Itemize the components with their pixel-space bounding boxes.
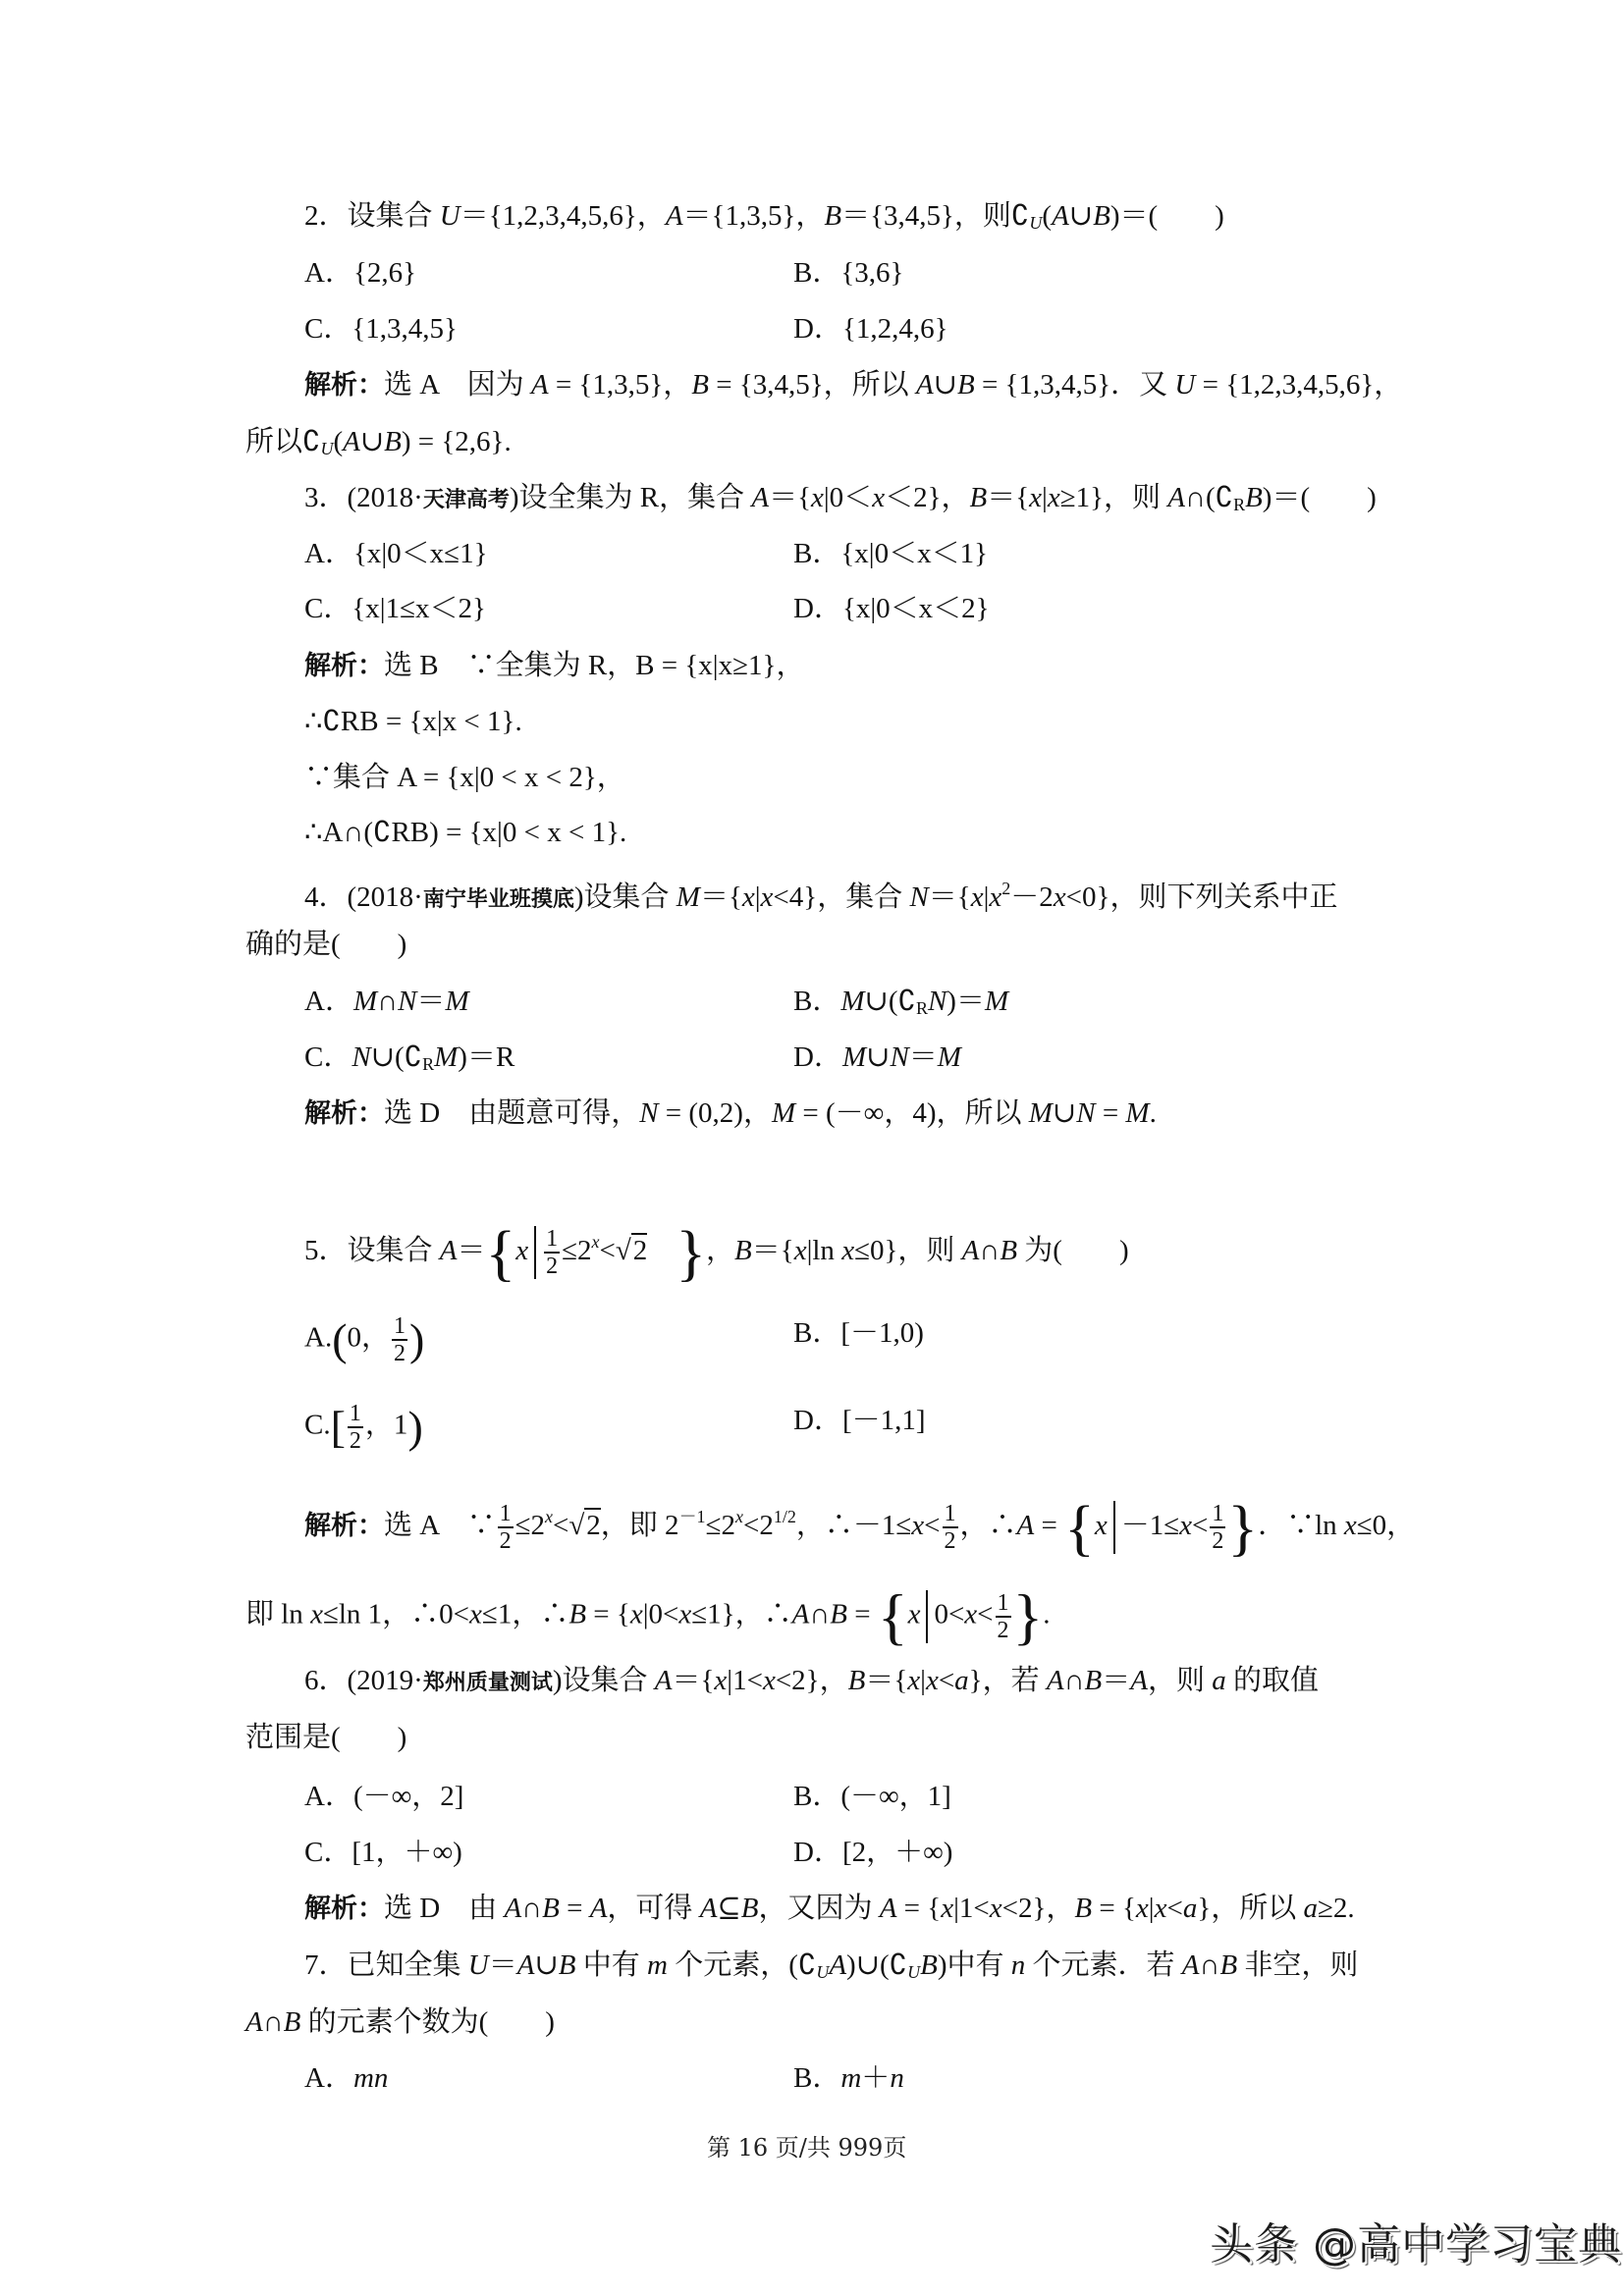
question-7-option-a: A．mn xyxy=(304,2058,388,2098)
question-3-stem: 3．(2018·天津高考)设全集为 R，集合 A＝{x|0＜x＜2}，B＝{x|… xyxy=(304,478,1377,517)
question-2-analysis: 解析：选 A 因为 A = {1,3,5}，B = {3,4,5}，所以 A∪B… xyxy=(304,365,1402,404)
question-3-analysis: 解析：选 B ∵全集为 R，B = {x|x≥1}， xyxy=(304,646,804,685)
analysis-label: 解析： xyxy=(304,651,384,681)
analysis-label: 解析： xyxy=(304,1894,384,1924)
question-2-analysis-cont: 所以∁U(A∪B) = {2,6}. xyxy=(245,422,512,461)
question-3-analysis-line-3: ∵集合 A = {x|0 < x < 2}， xyxy=(304,758,625,797)
question-4-option-c: C．N∪(∁RM)＝R xyxy=(304,1038,514,1077)
page-number: 第 16 页/共 999页 xyxy=(707,2128,906,2163)
question-6-option-b: B．(－∞，1] xyxy=(793,1777,951,1816)
question-3-option-c: C．{x|1≤x＜2} xyxy=(304,589,486,628)
question-6-stem-cont: 范围是( ) xyxy=(245,1718,406,1757)
question-7-option-b: B．m＋n xyxy=(793,2058,904,2098)
question-6-option-d: D．[2，＋∞) xyxy=(793,1833,952,1872)
question-4-option-b: B．M∪(∁RN)＝M xyxy=(793,982,1008,1021)
question-6-source: 郑州质量测试 xyxy=(423,1671,553,1695)
question-3-option-b: B．{x|0＜x＜1} xyxy=(793,534,988,573)
question-5-stem: 5．设集合 A＝{x12≤2x<√2 }，B＝{x|ln x≤0}，则 A∩B … xyxy=(304,1222,1129,1261)
question-4-option-d: D．M∪N＝M xyxy=(793,1038,961,1077)
question-7-stem: 7．已知全集 U＝A∪B 中有 m 个元素，(∁UA)∪(∁UB)中有 n 个元… xyxy=(304,1946,1358,1985)
question-4-source: 南宁毕业班摸底 xyxy=(423,887,574,912)
question-2-option-b: B．{3,6} xyxy=(793,253,903,293)
question-5-option-b: B．[－1,0) xyxy=(793,1313,924,1353)
question-6-option-c: C．[1，＋∞) xyxy=(304,1833,462,1872)
question-6-analysis: 解析：选 D 由 A∩B = A，可得 A⊆B，又因为 A = {x|1<x<2… xyxy=(304,1889,1355,1928)
question-7-stem-cont: A∩B 的元素个数为( ) xyxy=(245,2002,555,2042)
question-3-source: 天津高考 xyxy=(423,488,510,512)
question-2-option-c: C．{1,3,4,5} xyxy=(304,309,458,348)
question-4-stem: 4．(2018·南宁毕业班摸底)设集合 M＝{x|x<4}，集合 N＝{x|x2… xyxy=(304,869,1337,908)
question-5-option-a: A.(0，12) xyxy=(304,1313,424,1353)
question-6-stem: 6．(2019·郑州质量测试)设集合 A＝{x|1<x<2}，B＝{x|x<a}… xyxy=(304,1661,1319,1700)
question-5-option-c: C.[12，1) xyxy=(304,1401,423,1440)
question-3-analysis-line-4: ∴A∩(∁RB) = {x|0 < x < 1}. xyxy=(304,813,626,852)
question-2-option-d: D．{1,2,4,6} xyxy=(793,309,948,348)
question-5-analysis: 解析：选 A ∵12≤2x<√2，即 2－1≤2x<21/2，∴－1≤x<12，… xyxy=(304,1497,1415,1536)
question-3-option-a: A．{x|0＜x≤1} xyxy=(304,534,488,573)
question-2-option-a: A．{2,6} xyxy=(304,253,416,293)
question-4-analysis: 解析：选 D 由题意可得，N = (0,2)，M = (－∞，4)，所以 M∪N… xyxy=(304,1094,1157,1133)
question-6-option-a: A．(－∞，2] xyxy=(304,1777,463,1816)
analysis-label: 解析： xyxy=(304,1511,384,1541)
analysis-label: 解析： xyxy=(304,1098,384,1129)
question-3-analysis-line-2: ∴∁RB = {x|x < 1}. xyxy=(304,702,522,741)
question-4-stem-cont: 确的是( ) xyxy=(245,925,406,964)
question-3-option-d: D．{x|0＜x＜2} xyxy=(793,589,990,628)
question-5-analysis-cont: 即 ln x≤ln 1，∴0<x≤1，∴B = {x|0<x≤1}，∴A∩B =… xyxy=(245,1590,1051,1629)
analysis-label: 解析： xyxy=(304,370,384,400)
question-5-option-d: D．[－1,1] xyxy=(793,1401,926,1440)
watermark: 头条 @高中学习宝典 xyxy=(1210,2209,1622,2271)
question-4-option-a: A．M∩N＝M xyxy=(304,982,469,1021)
question-2-stem: 2．设集合 U＝{1,2,3,4,5,6}，A＝{1,3,5}，B＝{3,4,5… xyxy=(304,196,1224,236)
